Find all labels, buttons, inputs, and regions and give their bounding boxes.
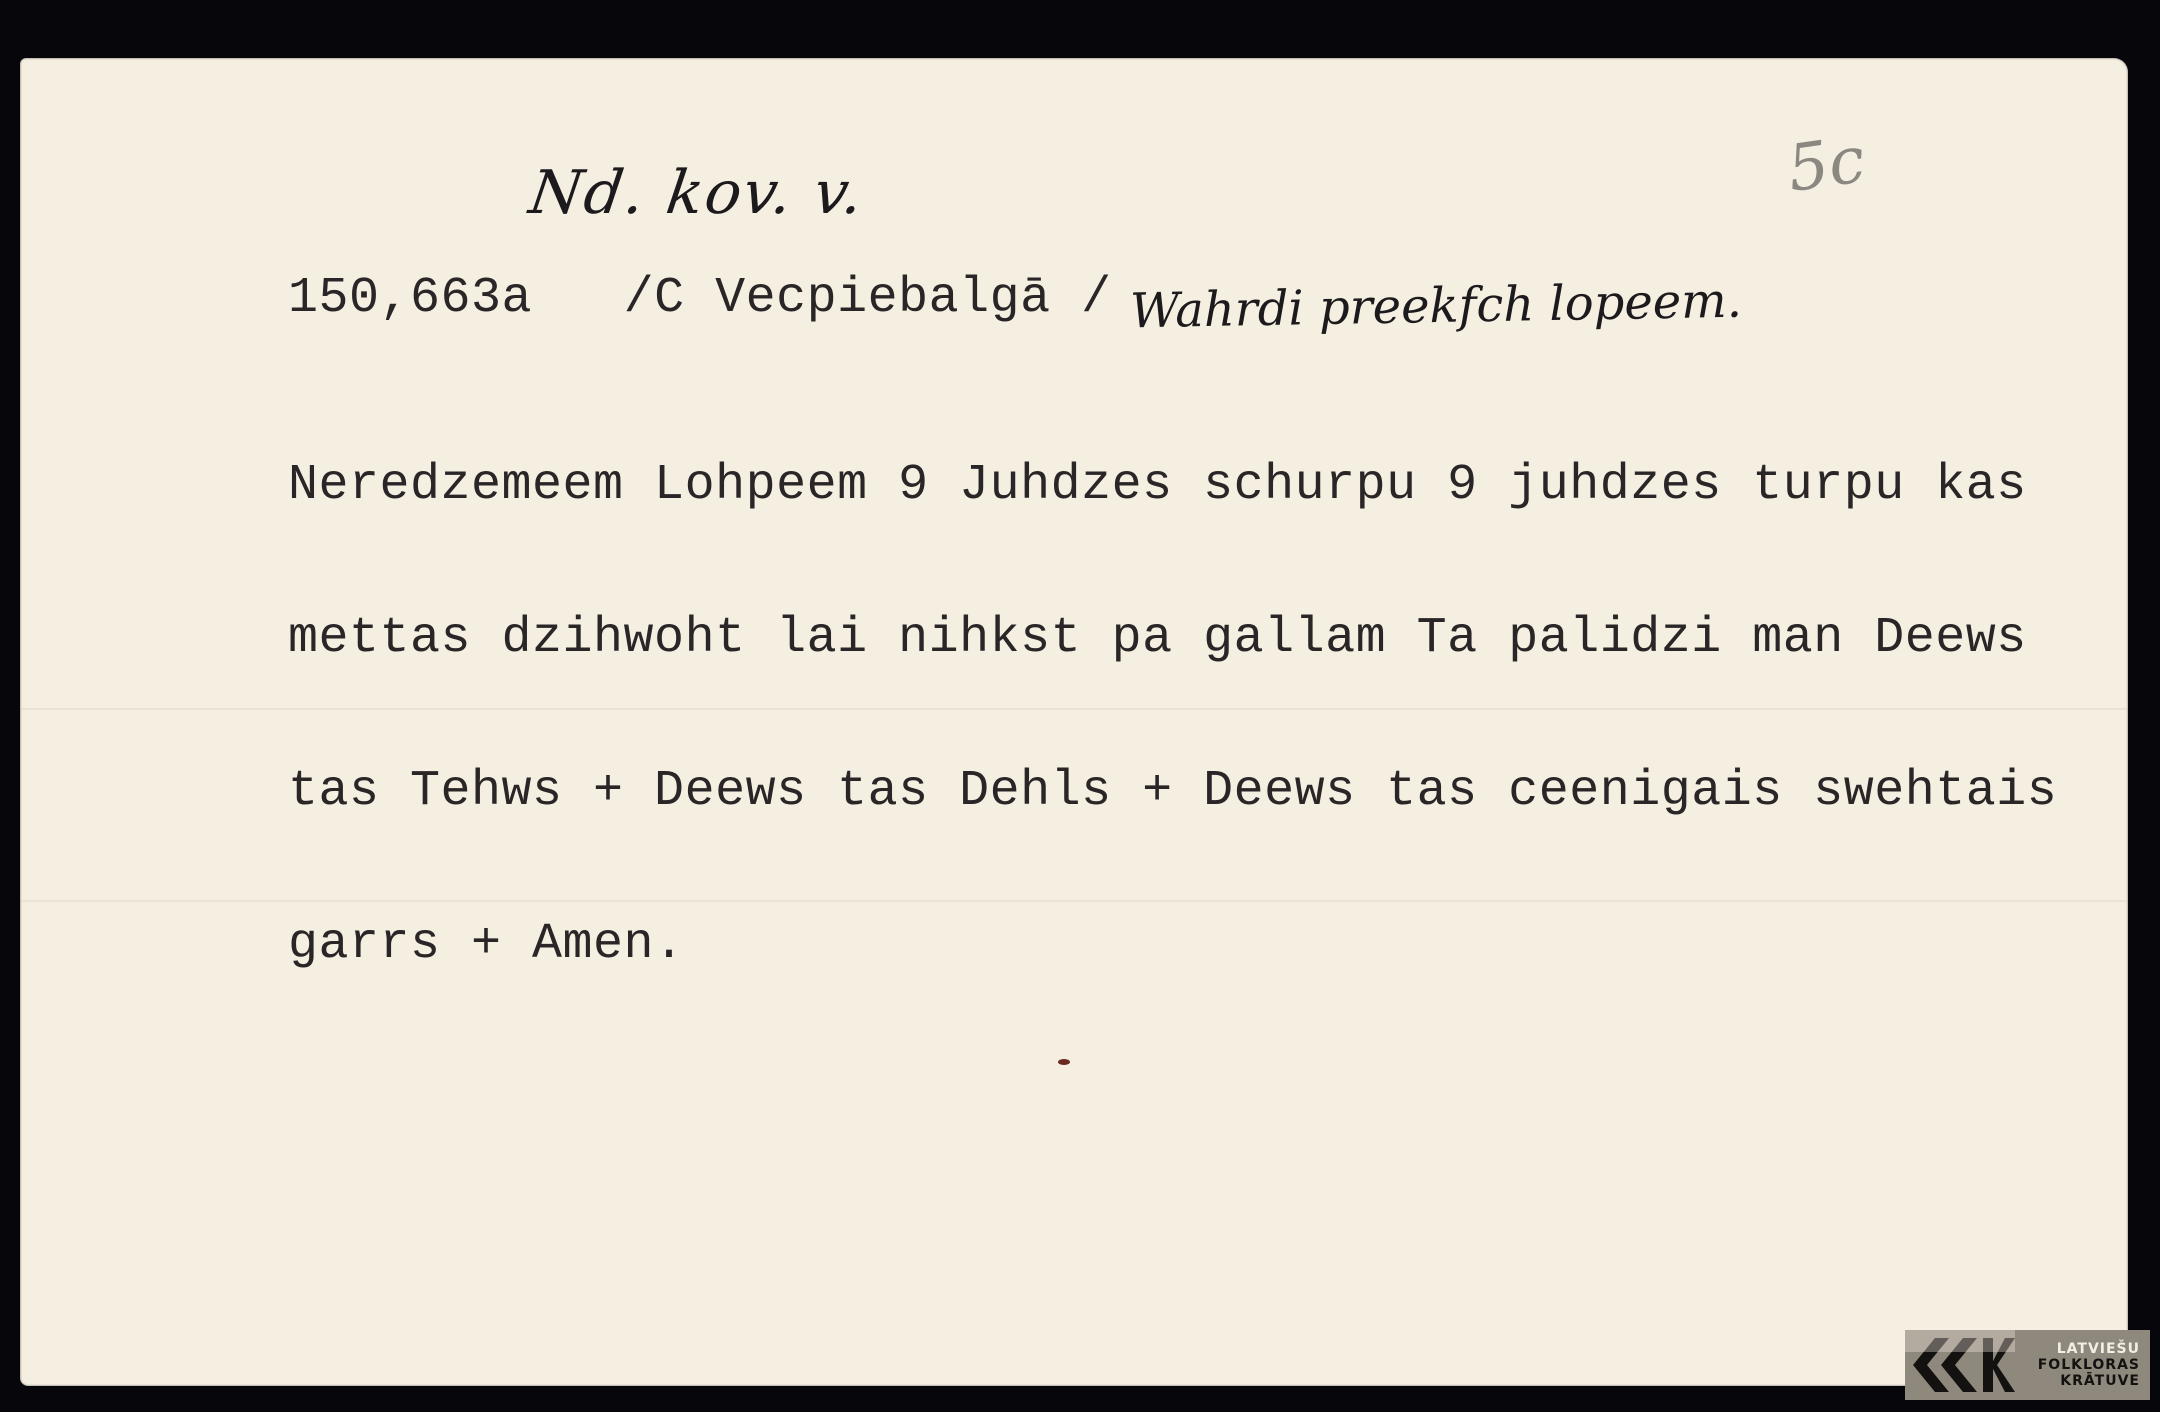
handwritten-page-mark: 5c xyxy=(1783,123,1869,207)
archive-card: Nd. kov. v. 5c 150,663a /C Vecpiebalgā /… xyxy=(20,58,2128,1386)
archive-logo: LATVIEŠU FOLKLORAS KRĀTUVE xyxy=(1905,1330,2150,1400)
place-marker-open: /C xyxy=(624,270,685,327)
logo-text: LATVIEŠU FOLKLORAS KRĀTUVE xyxy=(2015,1341,2150,1389)
lfk-chevron-logo-icon xyxy=(1905,1330,2015,1400)
catalog-number: 150,663a xyxy=(288,270,532,327)
logo-line-2: FOLKLORAS xyxy=(2038,1357,2140,1373)
handwritten-reference: Nd. kov. v. xyxy=(525,158,869,228)
text-line: Neredzemeem Lohpeem 9 Juhdzes schurpu 9 … xyxy=(288,460,2057,511)
ink-spot xyxy=(1058,1059,1070,1065)
text-line: tas Tehws + Deews tas Dehls + Deews tas … xyxy=(288,766,2057,817)
place-name: Vecpiebalgā xyxy=(715,270,1051,327)
text-line: garrs + Amen. xyxy=(288,919,2057,970)
place-marker-close: / xyxy=(1081,270,1112,327)
card-header: 150,663a /C Vecpiebalgā / xyxy=(288,270,1112,327)
charm-text: Neredzemeem Lohpeem 9 Juhdzes schurpu 9 … xyxy=(288,358,2057,1072)
logo-line-3: KRĀTUVE xyxy=(2060,1373,2140,1389)
logo-line-1: LATVIEŠU xyxy=(2057,1341,2140,1357)
handwritten-subject: Wahrdi preekfch lopeem. xyxy=(1130,273,1743,340)
text-line: mettas dzihwoht lai nihkst pa gallam Ta … xyxy=(288,613,2057,664)
